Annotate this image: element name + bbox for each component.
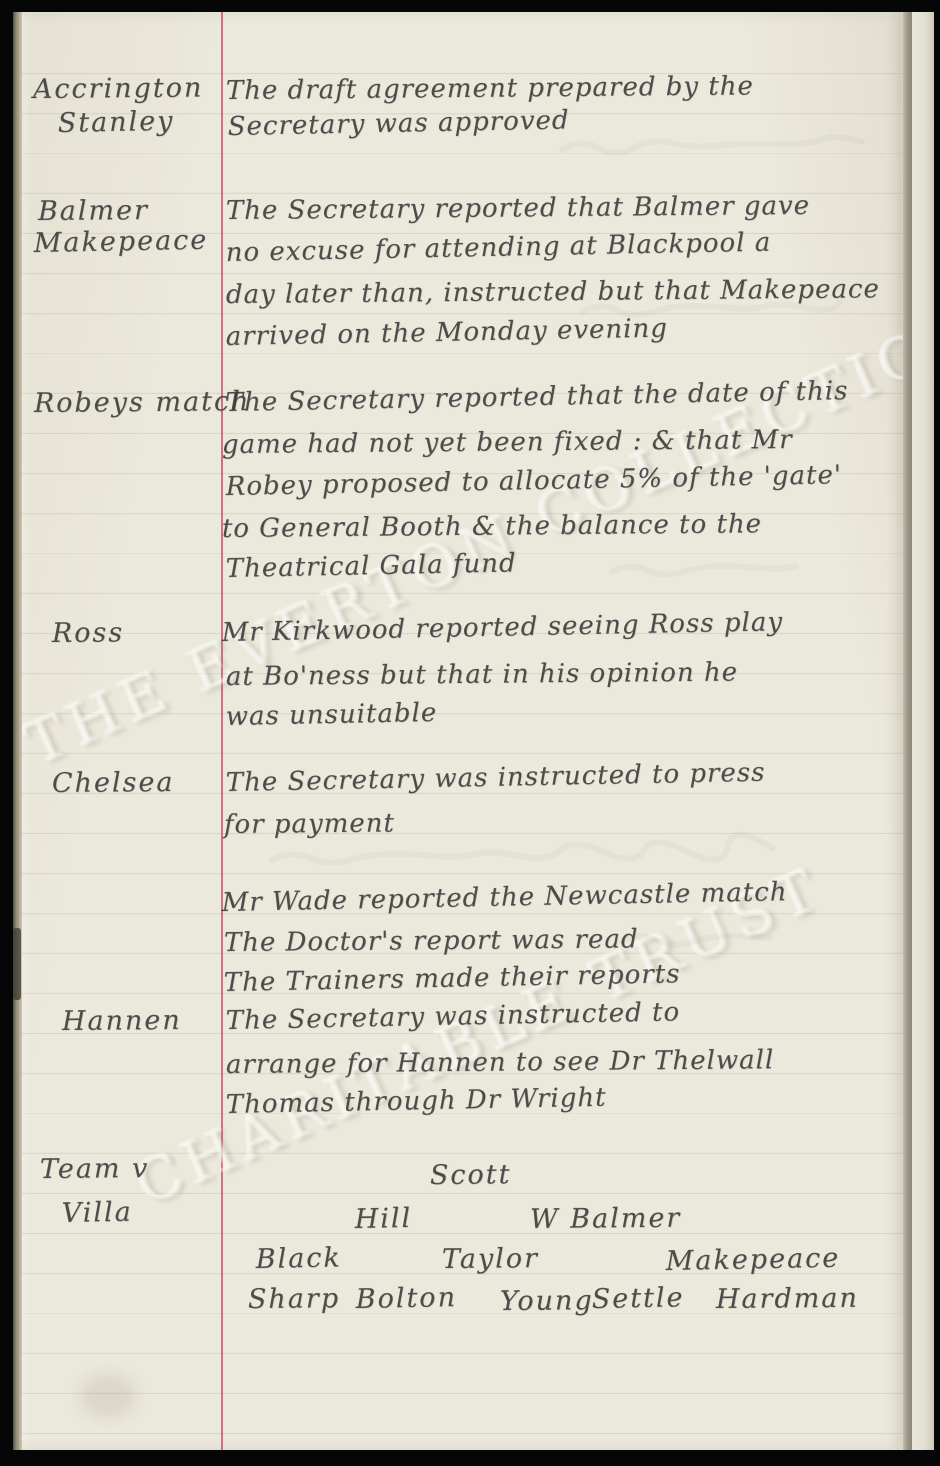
- minute-line: arrange for Hannen to see Dr Thelwall: [226, 1045, 775, 1080]
- player-name: Young: [500, 1285, 594, 1317]
- minute-line: Theatrical Gala fund: [225, 548, 516, 584]
- next-page-edge: [912, 12, 934, 1450]
- margin-topic: Balmer: [38, 195, 149, 227]
- margin-topic: Hannen: [62, 1005, 182, 1037]
- minute-line: for payment: [224, 809, 395, 840]
- paper-stain: [80, 1374, 136, 1418]
- minute-line: game had not yet been fixed : & that Mr: [222, 425, 793, 460]
- player-name: Sharp: [248, 1283, 340, 1315]
- player-name: Hill: [354, 1203, 412, 1235]
- player-name: Black: [255, 1242, 342, 1275]
- edge-blemish: [13, 928, 21, 1000]
- player-name: Hardman: [716, 1283, 859, 1315]
- scan-photo: { "watermark": { "line1": "THE EVERTON C…: [0, 0, 940, 1466]
- margin-topic: Accrington: [33, 73, 204, 105]
- margin-topic: Makepeace: [33, 225, 208, 259]
- margin-topic: Team v: [40, 1153, 150, 1185]
- minute-line: was unsuitable: [225, 698, 437, 732]
- player-name: W Balmer: [530, 1203, 682, 1235]
- player-name: Taylor: [442, 1243, 539, 1275]
- minute-line: at Bo'ness but that in his opinion he: [226, 658, 738, 692]
- margin-topic: Robeys match: [34, 386, 251, 419]
- minute-book-page: THE EVERTON COLLECTION CHARITABLE TRUST …: [22, 12, 903, 1450]
- margin-topic: Ross: [52, 617, 125, 649]
- minute-line: The Doctor's report was read: [224, 924, 639, 958]
- red-margin-rule: [221, 12, 223, 1450]
- minute-line: The draft agreement prepared by the: [226, 71, 754, 106]
- book-left-edge: [13, 12, 22, 1450]
- page-gutter: [903, 12, 912, 1450]
- player-name: Bolton: [355, 1282, 457, 1315]
- margin-topic: Chelsea: [52, 767, 175, 799]
- minute-line: to General Booth & the balance to the: [222, 509, 762, 544]
- margin-topic: Stanley: [57, 106, 174, 139]
- player-name: Makepeace: [665, 1243, 840, 1277]
- margin-topic: Villa: [61, 1197, 133, 1229]
- player-name: Scott: [430, 1159, 512, 1191]
- player-name: Settle: [591, 1282, 684, 1315]
- minute-line: day later than, instructed but that Make…: [226, 274, 880, 310]
- minute-line: The Secretary reported that Balmer gave: [226, 191, 810, 226]
